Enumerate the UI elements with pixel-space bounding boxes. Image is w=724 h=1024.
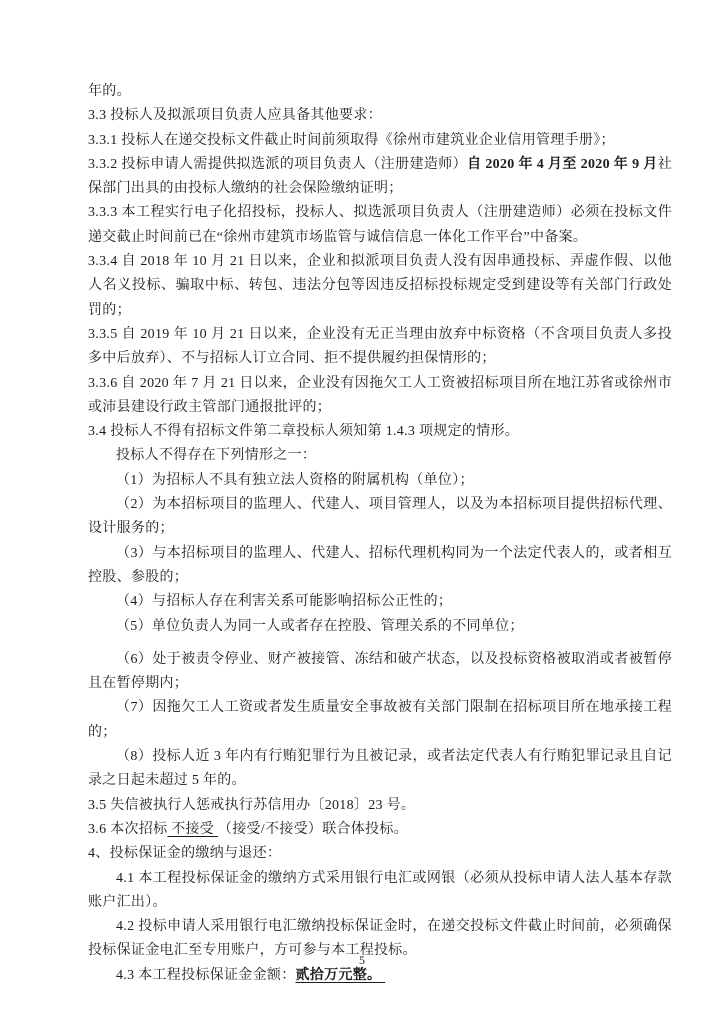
text-segment: 3.3.2 投标申请人需提供拟选派的项目负责人（注册建造师） — [88, 157, 467, 172]
text-segment: 3.3.4 自 2018 年 10 月 21 日以来，企业和拟派项目负责人没有因… — [88, 254, 672, 318]
page-number: 5 — [0, 953, 724, 968]
text-segment: 不接受 — [167, 822, 218, 837]
paragraph: （5）单位负责人为同一人或者存在控股、管理关系的不同单位； — [88, 615, 672, 639]
text-segment: 3.3.6 自 2020 年 7 月 21 日以来，企业没有因拖欠工人工资被招标… — [88, 376, 672, 415]
text-segment: 3.3.5 自 2019 年 10 月 21 日以来，企业没有无正当理由放弃中标… — [88, 327, 672, 366]
document-page: 年的。3.3 投标人及拟派项目负责人应具备其他要求：3.3.1 投标人在递交投标… — [0, 0, 724, 1024]
text-segment: 自 2020 年 4 月至 2020 年 9 月 — [467, 157, 658, 172]
text-segment: （4）与招标人存在利害关系可能影响招标公正性的； — [116, 594, 452, 609]
paragraph: 3.5 失信被执行人惩戒执行苏信用办〔2018〕23 号。 — [88, 794, 672, 818]
text-segment: 4、投标保证金的缴纳与退还： — [88, 846, 281, 861]
text-segment: 3.6 本次招标 — [88, 822, 167, 837]
text-segment: （1）为招标人不具有独立法人资格的附属机构（单位）； — [116, 473, 474, 488]
text-segment: （2）为本招标项目的监理人、代建人、项目管理人，以及为本招标项目提供招标代理、设… — [88, 497, 672, 536]
text-segment: （7）因拖欠工人工资或者发生质量安全事故被有关部门限制在招标项目所在地承接工程的… — [88, 700, 672, 739]
document-body: 年的。3.3 投标人及拟派项目负责人应具备其他要求：3.3.1 投标人在递交投标… — [88, 80, 672, 988]
text-segment: 4.1 本工程投标保证金的缴纳方式采用银行电汇或网银（必须从投标申请人法人基本存… — [88, 871, 672, 910]
text-segment: 年的。 — [88, 84, 131, 99]
text-segment: 投标人不得存在下列情形之一： — [116, 448, 316, 463]
paragraph: （3）与本招标项目的监理人、代建人、招标代理机构同为一个法定代表人的，或者相互控… — [88, 542, 672, 591]
paragraph: 4、投标保证金的缴纳与退还： — [88, 842, 672, 866]
text-segment: （接受/不接受）联合体投标。 — [218, 822, 408, 837]
text-segment: （8）投标人近 3 年内有行贿犯罪行为且被记录，或者法定代表人有行贿犯罪记录且自… — [88, 749, 672, 788]
text-segment: 3.4 投标人不得有招标文件第二章投标人须知第 1.4.3 项规定的情形。 — [88, 424, 519, 439]
text-segment: 3.3 投标人及拟派项目负责人应具备其他要求： — [88, 108, 382, 123]
text-segment: （3）与本招标项目的监理人、代建人、招标代理机构同为一个法定代表人的，或者相互控… — [88, 546, 672, 585]
paragraph: 3.3 投标人及拟派项目负责人应具备其他要求： — [88, 104, 672, 128]
text-segment: 3.3.3 本工程实行电子化招投标，投标人、拟选派项目负责人（注册建造师）必须在… — [88, 205, 672, 244]
paragraph: 3.3.1 投标人在递交投标文件截止时间前须取得《徐州市建筑业企业信用管理手册》… — [88, 129, 672, 153]
paragraph: 年的。 — [88, 80, 672, 104]
paragraph: （2）为本招标项目的监理人、代建人、项目管理人，以及为本招标项目提供招标代理、设… — [88, 493, 672, 542]
text-segment: （5）单位负责人为同一人或者存在控股、管理关系的不同单位； — [116, 619, 524, 634]
text-segment: （6）处于被责令停业、财产被接管、冻结和破产状态，以及投标资格被取消或者被暂停且… — [88, 652, 672, 691]
paragraph: （4）与招标人存在利害关系可能影响招标公正性的； — [88, 590, 672, 614]
text-segment: 3.5 失信被执行人惩戒执行苏信用办〔2018〕23 号。 — [88, 798, 415, 813]
paragraph: 3.3.5 自 2019 年 10 月 21 日以来，企业没有无正当理由放弃中标… — [88, 323, 672, 372]
paragraph: 3.3.4 自 2018 年 10 月 21 日以来，企业和拟派项目负责人没有因… — [88, 250, 672, 323]
paragraph: 4.1 本工程投标保证金的缴纳方式采用银行电汇或网银（必须从投标申请人法人基本存… — [88, 867, 672, 916]
paragraph: （7）因拖欠工人工资或者发生质量安全事故被有关部门限制在招标项目所在地承接工程的… — [88, 696, 672, 745]
paragraph: （6）处于被责令停业、财产被接管、冻结和破产状态，以及投标资格被取消或者被暂停且… — [88, 648, 672, 697]
paragraph: （1）为招标人不具有独立法人资格的附属机构（单位）； — [88, 469, 672, 493]
paragraph: 3.3.6 自 2020 年 7 月 21 日以来，企业没有因拖欠工人工资被招标… — [88, 372, 672, 421]
paragraph: 3.4 投标人不得有招标文件第二章投标人须知第 1.4.3 项规定的情形。 — [88, 420, 672, 444]
text-segment: 4.3 本工程投标保证金金额： — [116, 968, 296, 983]
paragraph: 3.3.3 本工程实行电子化招投标，投标人、拟选派项目负责人（注册建造师）必须在… — [88, 201, 672, 250]
paragraph: 3.3.2 投标申请人需提供拟选派的项目负责人（注册建造师）自 2020 年 4… — [88, 153, 672, 202]
text-segment: 贰拾万元整。 — [296, 968, 386, 983]
text-segment: 3.3.1 投标人在递交投标文件截止时间前须取得《徐州市建筑业企业信用管理手册》… — [88, 133, 615, 148]
paragraph: （8）投标人近 3 年内有行贿犯罪行为且被记录，或者法定代表人有行贿犯罪记录且自… — [88, 745, 672, 794]
paragraph: 3.6 本次招标 不接受 （接受/不接受）联合体投标。 — [88, 818, 672, 842]
paragraph: 投标人不得存在下列情形之一： — [88, 444, 672, 468]
